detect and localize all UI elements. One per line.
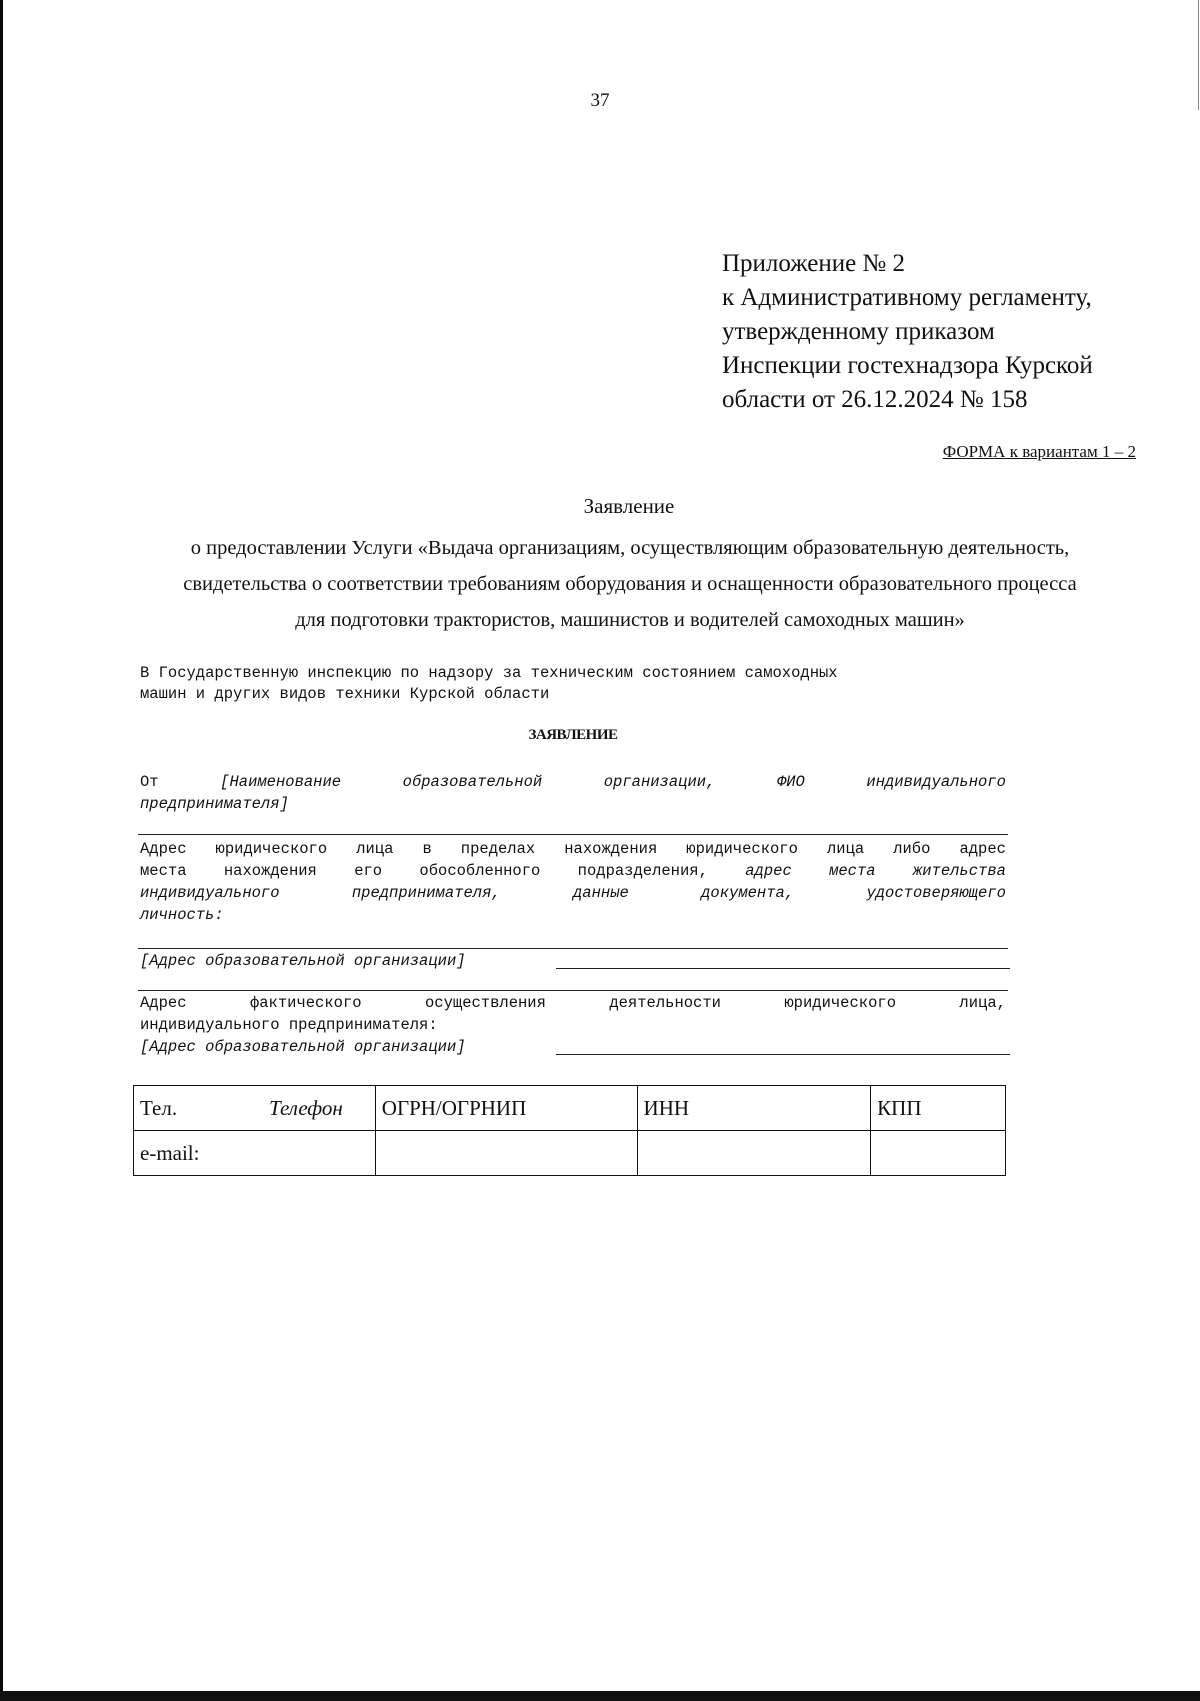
page-number: 37 [570, 90, 630, 112]
subtitle-line: для подготовки трактористов, машинистов … [120, 602, 1140, 638]
from-word: ФИО [777, 771, 805, 793]
legal-address-placeholder: [Адрес образовательной организации] [140, 952, 466, 970]
word: предпринимателя, [352, 882, 501, 904]
appendix-line: к Административному регламенту, [722, 281, 1093, 315]
legal-address-line-1: Адрес юридического лица в пределах нахож… [140, 838, 1006, 860]
from-line-2: предпринимателя] [140, 793, 1006, 815]
scan-edge-bottom [0, 1691, 1200, 1701]
word: фактического [250, 992, 362, 1014]
scan-edge-right [1198, 0, 1199, 110]
ogrn-header-cell: ОГРН/ОГРНИП [375, 1086, 637, 1131]
word: жительства [913, 860, 1006, 882]
appendix-line: Приложение № 2 [722, 247, 1093, 281]
actual-address-block: Адрес фактического осуществления деятель… [140, 992, 1006, 1058]
kpp-value-cell[interactable] [871, 1131, 1006, 1176]
from-fill-line[interactable] [138, 834, 1008, 835]
phone-cell[interactable]: Тел. Телефон [134, 1086, 376, 1131]
recipient-block: В Государственную инспекцию по надзору з… [140, 663, 1006, 705]
document-page: 37 Приложение № 2 к Административному ре… [0, 0, 1200, 1701]
word: нахождения [224, 860, 317, 882]
word: индивидуального [140, 882, 280, 904]
table-row: Тел. Телефон ОГРН/ОГРНИП ИНН КПП [134, 1086, 1006, 1131]
word: Адрес [140, 992, 187, 1014]
word: места [140, 860, 187, 882]
word: лица, [959, 992, 1006, 1014]
legal-address-input-line[interactable] [556, 968, 1010, 969]
recipient-line: В Государственную инспекцию по надзору з… [140, 663, 1006, 684]
word: в [422, 838, 431, 860]
word: нахождения [564, 838, 657, 860]
table-row: e-mail: [134, 1131, 1006, 1176]
inn-header-cell: ИНН [637, 1086, 871, 1131]
appendix-line: Инспекции гостехнадзора Курской [722, 349, 1093, 383]
word: данные [573, 882, 629, 904]
legal-address-line-4: личность: [140, 904, 1006, 926]
kpp-header-cell: КПП [871, 1086, 1006, 1131]
from-line-1: От [Наименование образовательной организ… [140, 771, 1006, 793]
phone-label: Тел. [140, 1096, 177, 1121]
legal-address-line-3: индивидуального предпринимателя, данные … [140, 882, 1006, 904]
word: документа, [701, 882, 794, 904]
appendix-line: области от 26.12.2024 № 158 [722, 383, 1093, 417]
legal-address-block: Адрес юридического лица в пределах нахож… [140, 838, 1006, 926]
word: подразделения, [578, 860, 708, 882]
subtitle-line: свидетельства о соответствии требованиям… [120, 566, 1140, 602]
form-reference: ФОРМА к вариантам 1 – 2 [943, 442, 1136, 462]
from-word: образовательной [403, 771, 543, 793]
word: юридического [784, 992, 896, 1014]
word: юридического [216, 838, 328, 860]
word: либо [893, 838, 930, 860]
separator-line [138, 990, 1008, 991]
phone-value: Телефон [269, 1096, 343, 1121]
legal-address-fill-line[interactable] [138, 948, 1008, 949]
from-word: индивидуального [866, 771, 1006, 793]
word: Адрес [140, 838, 187, 860]
subtitle-line: о предоставлении Услуги «Выдача организа… [120, 530, 1140, 566]
word: юридического [686, 838, 798, 860]
recipient-line: машин и других видов техники Курской обл… [140, 684, 1006, 705]
word: лица [827, 838, 864, 860]
word: осуществления [425, 992, 546, 1014]
inn-value-cell[interactable] [637, 1131, 871, 1176]
appendix-line: утвержденному приказом [722, 315, 1093, 349]
from-label: От [140, 771, 159, 793]
ogrn-value-cell[interactable] [375, 1131, 637, 1176]
from-block: От [Наименование образовательной организ… [140, 771, 1006, 815]
document-title: Заявление [0, 494, 1200, 519]
word: его [354, 860, 382, 882]
appendix-header: Приложение № 2 к Административному регла… [722, 247, 1093, 417]
from-word: [Наименование [220, 771, 341, 793]
actual-address-input-line[interactable] [556, 1054, 1010, 1055]
actual-address-line-2: индивидуального предпринимателя: [140, 1014, 1006, 1036]
word: обособленного [419, 860, 540, 882]
word: деятельности [609, 992, 721, 1014]
document-subtitle: о предоставлении Услуги «Выдача организа… [120, 530, 1140, 638]
word: пределах [461, 838, 535, 860]
from-word: организации, [604, 771, 716, 793]
actual-address-line-1: Адрес фактического осуществления деятель… [140, 992, 1006, 1014]
word: места [829, 860, 876, 882]
email-cell[interactable]: e-mail: [134, 1131, 376, 1176]
word: адрес [745, 860, 792, 882]
legal-address-line-2: места нахождения его обособленного подра… [140, 860, 1006, 882]
scan-edge-left [0, 0, 3, 1701]
contact-table: Тел. Телефон ОГРН/ОГРНИП ИНН КПП e-mail: [133, 1085, 1006, 1176]
statement-heading: ЗАЯВЛЕНИЕ [0, 727, 1146, 744]
word: удостоверяющего [866, 882, 1006, 904]
recipient-text: В Государственную инспекцию по надзору з… [140, 663, 838, 684]
word: адрес [959, 838, 1006, 860]
word: лица [356, 838, 393, 860]
